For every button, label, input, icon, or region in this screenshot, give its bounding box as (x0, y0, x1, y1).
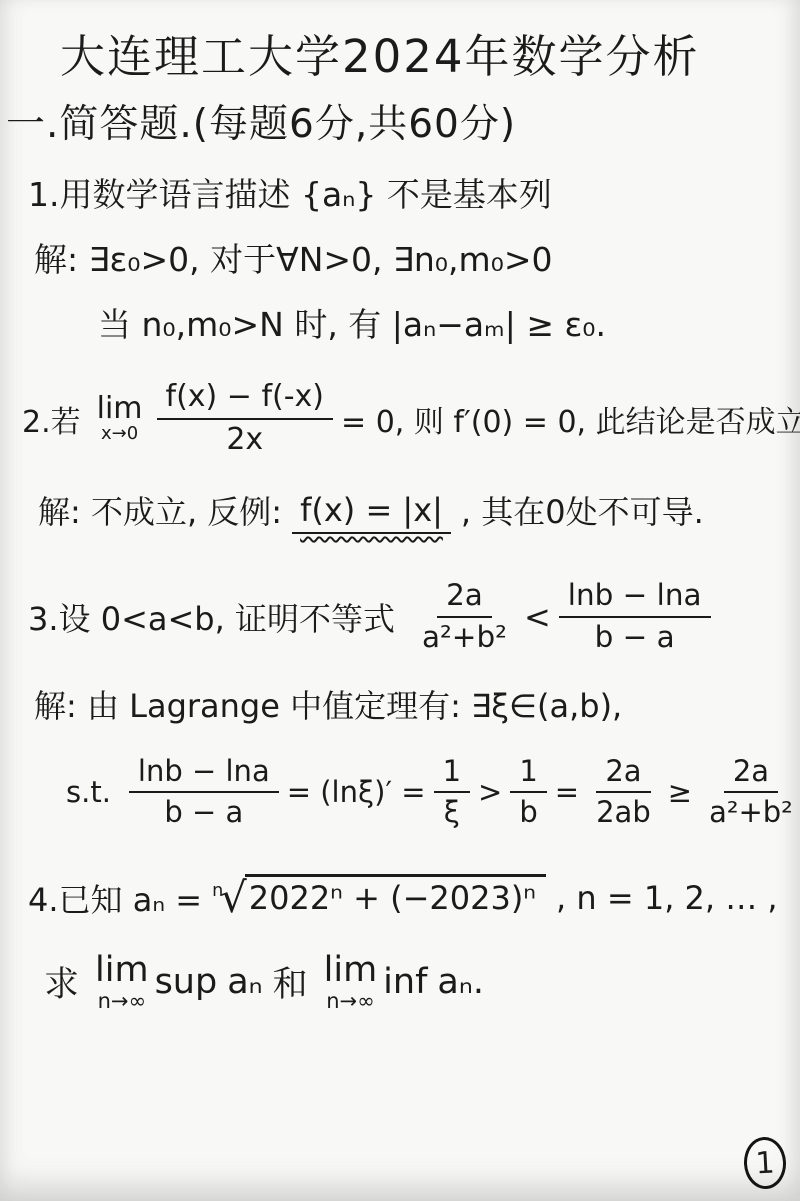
sequence-term: aₙ (437, 962, 472, 1002)
fraction-denominator: a²+b² (413, 618, 516, 655)
page-title: 大连理工大学2024年数学分析 (60, 20, 790, 85)
q3-prefix: 3.设 0<a<b, 证明不等式 (28, 594, 395, 640)
fraction-numerator: 2a (724, 755, 778, 793)
q1-solution-line2: 当 n₀,m₀>N 时, 有 |aₙ−aₘ| ≥ ε₀. (98, 299, 790, 346)
page-number-circle: 1 (743, 1136, 788, 1190)
equals-sign: = (555, 775, 579, 809)
sup-label: sup (155, 962, 218, 1002)
difference-quotient-fraction: f(x) − f(-x) 2x (157, 380, 333, 457)
exam-page: 大连理工大学2024年数学分析 一.简答题.(每题6分,共60分) 1.用数学语… (0, 0, 800, 1201)
fraction-denominator: ξ (435, 793, 469, 829)
fraction-numerator: lnb − lna (559, 579, 711, 618)
greater-equal-sign: ≥ (668, 775, 692, 809)
st-label: s.t. (66, 775, 111, 809)
fraction-numerator: 2a (437, 579, 492, 618)
q2-solution: 解: 不成立, 反例: f(x) = |x| , 其在0处不可导. (38, 487, 790, 533)
q4-statement: 4.已知 aₙ = n√2022ⁿ + (−2023)ⁿ , n = 1, 2,… (28, 873, 790, 922)
fraction-numerator: 1 (434, 755, 470, 793)
q1-solution-line1: 解: ∃ε₀>0, 对于∀N>0, ∃n₀,m₀>0 (34, 234, 790, 281)
fraction-denominator: b − a (155, 793, 252, 829)
lim-label: lim (324, 952, 378, 989)
mean-value-fraction: lnb − lna b − a (129, 755, 279, 830)
q1-statement: 1.用数学语言描述 {aₙ} 不是基本列 (28, 169, 790, 216)
counterexample-formula: f(x) = |x| (292, 491, 451, 534)
derivative-step: = (lnξ)′ = (287, 775, 426, 809)
section-heading: 一.简答题.(每题6分,共60分) (6, 93, 790, 149)
q2-solution-suffix: , 其在0处不可导. (461, 487, 704, 533)
lim-subscript: n→∞ (326, 990, 374, 1012)
fraction-numerator: f(x) − f(-x) (157, 380, 333, 420)
fraction-denominator: 2ab (587, 793, 660, 829)
q4-index-range: , n = 1, 2, … , (556, 879, 778, 917)
lhs-fraction: 2a a²+b² (413, 579, 516, 655)
lim-label: lim (95, 952, 149, 989)
nth-root-expression: n√2022ⁿ + (−2023)ⁿ (212, 873, 546, 922)
q3-statement: 3.设 0<a<b, 证明不等式 2a a²+b² < lnb − lna b … (28, 579, 790, 655)
two-a-over-2ab-fraction: 2a 2ab (587, 755, 660, 830)
fraction-numerator: 2a (596, 755, 650, 793)
q2-conclusion: = 0, 则 f′(0) = 0, 此结论是否成立 (341, 397, 800, 441)
lim-subscript: n→∞ (98, 990, 146, 1012)
conjunction: 和 (273, 957, 308, 1007)
sequence-term: aₙ (227, 962, 262, 1002)
period-mark: . (473, 962, 484, 1002)
fraction-numerator: 1 (510, 755, 546, 793)
final-fraction: 2a a²+b² (700, 755, 800, 830)
fraction-denominator: b (510, 793, 546, 829)
limsup-operator: lim n→∞ (95, 952, 149, 1012)
radical-sign: √ (220, 873, 245, 922)
one-over-xi-fraction: 1 ξ (434, 755, 470, 830)
q2-statement: 2.若 lim x→0 f(x) − f(-x) 2x = 0, 则 f′(0)… (22, 380, 790, 457)
inequality-sign: < (524, 598, 551, 636)
limit-operator: lim x→0 (97, 393, 143, 444)
q4-question-line: 求 lim n→∞ sup aₙ 和 lim n→∞ inf aₙ . (44, 952, 790, 1012)
counterexample-underlined: f(x) = |x| (292, 491, 451, 529)
greater-than-sign: > (478, 775, 502, 809)
liminf-operator: lim n→∞ (324, 952, 378, 1012)
inf-label: inf (383, 962, 427, 1002)
q3-solution-chain: s.t. lnb − lna b − a = (lnξ)′ = 1 ξ > 1 … (66, 755, 790, 830)
q2-solution-prefix: 解: 不成立, 反例: (38, 487, 282, 533)
fraction-denominator: 2x (217, 420, 272, 458)
lim-subscript: x→0 (101, 425, 138, 444)
one-over-b-fraction: 1 b (510, 755, 546, 830)
ask-prefix: 求 (44, 957, 79, 1007)
q2-prefix: 2.若 (22, 397, 81, 441)
rhs-fraction: lnb − lna b − a (559, 579, 711, 655)
q3-solution-line1: 解: 由 Lagrange 中值定理有: ∃ξ∈(a,b), (34, 681, 790, 727)
q4-prefix: 4.已知 aₙ = (28, 875, 202, 921)
lim-label: lim (97, 393, 143, 425)
fraction-denominator: b − a (586, 618, 684, 655)
fraction-numerator: lnb − lna (129, 755, 279, 793)
fraction-denominator: a²+b² (700, 793, 800, 829)
radicand: 2022ⁿ + (−2023)ⁿ (245, 874, 546, 917)
